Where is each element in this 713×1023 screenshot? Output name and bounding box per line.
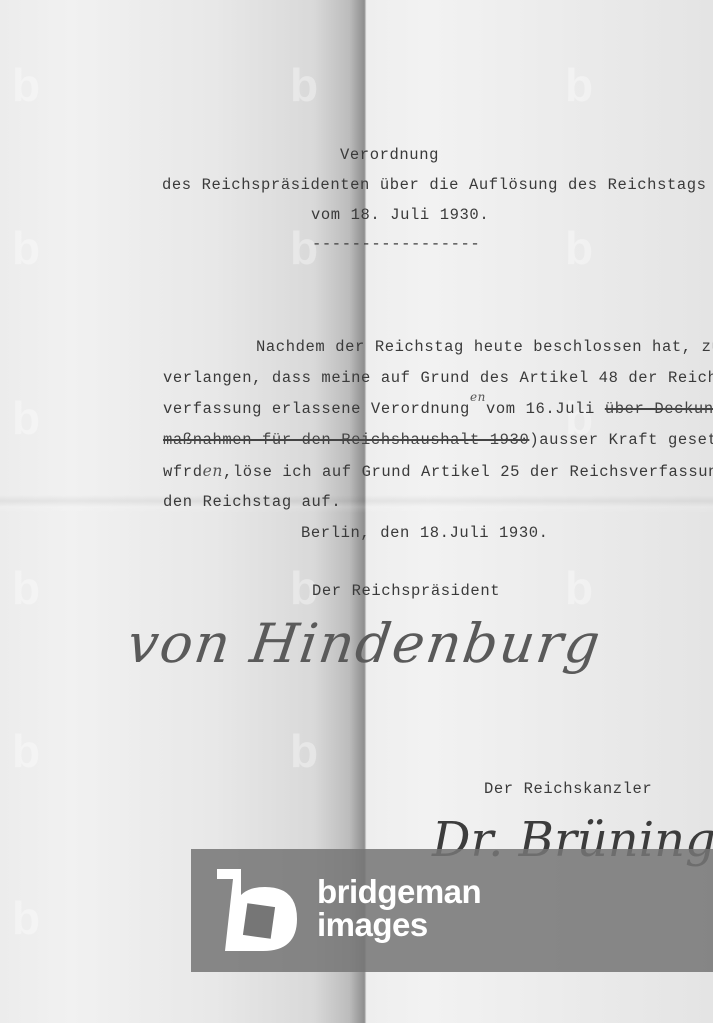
watermark-b-icon: b (12, 225, 40, 271)
body-text: )ausser Kraft gesetzt (529, 431, 713, 449)
body-line: wfrden,löse ich auf Grund Artikel 25 der… (163, 462, 713, 481)
struck-text: über Deckungs- (605, 400, 713, 418)
place-date: Berlin, den 18.Juli 1930. (301, 524, 549, 542)
handwritten-correction: en (203, 462, 223, 480)
watermark-b-icon: b (565, 565, 593, 611)
document-date-line: vom 18. Juli 1930. (311, 206, 489, 224)
body-text: frd (173, 463, 203, 481)
body-text: vom 16.Juli (486, 400, 605, 418)
bridgeman-wordmark: bridgeman images (317, 875, 481, 941)
struck-text: maßnahmen für den Reichshaushalt 1930 (163, 431, 529, 449)
watermark-b-icon: b (565, 62, 593, 108)
watermark-b-icon: b (290, 62, 318, 108)
signature-hindenburg: von Hindenburg (124, 612, 606, 675)
watermark-b-icon: b (290, 728, 318, 774)
watermark-b-icon: b (12, 895, 40, 941)
watermark-b-icon: b (12, 728, 40, 774)
body-text: verfassung erlassene Verordnung (163, 400, 470, 418)
watermark-b-icon: b (565, 225, 593, 271)
brand-line-2: images (317, 908, 481, 941)
bridgeman-watermark-banner: bridgeman images (191, 849, 713, 972)
body-line: den Reichstag auf. (163, 493, 341, 511)
signatory-2-title: Der Reichskanzler (484, 780, 652, 798)
document-subtitle: des Reichspräsidenten über die Auflösung… (162, 176, 707, 194)
body-text: ,löse ich auf Grund Artikel 25 der Reich… (223, 463, 713, 481)
watermark-b-icon: b (12, 565, 40, 611)
watermark-b-icon: b (12, 62, 40, 108)
body-line: maßnahmen für den Reichshaushalt 1930)au… (163, 431, 713, 449)
watermark-b-icon: b (12, 395, 40, 441)
signatory-1-title: Der Reichspräsident (312, 582, 500, 600)
horizontal-fold (0, 495, 713, 513)
document-title: Verordnung (340, 146, 439, 164)
body-line: verfassung erlassene Verordnungenvom 16.… (163, 400, 713, 418)
body-line: verlangen, dass meine auf Grund des Arti… (163, 369, 713, 387)
title-separator: ----------------- (312, 235, 480, 253)
brand-line-1: bridgeman (317, 875, 481, 908)
body-line: Nachdem der Reichstag heute beschlossen … (256, 338, 713, 356)
handwritten-insert: en (470, 390, 486, 404)
bridgeman-logo-icon (217, 869, 297, 951)
body-text: w (163, 463, 173, 481)
